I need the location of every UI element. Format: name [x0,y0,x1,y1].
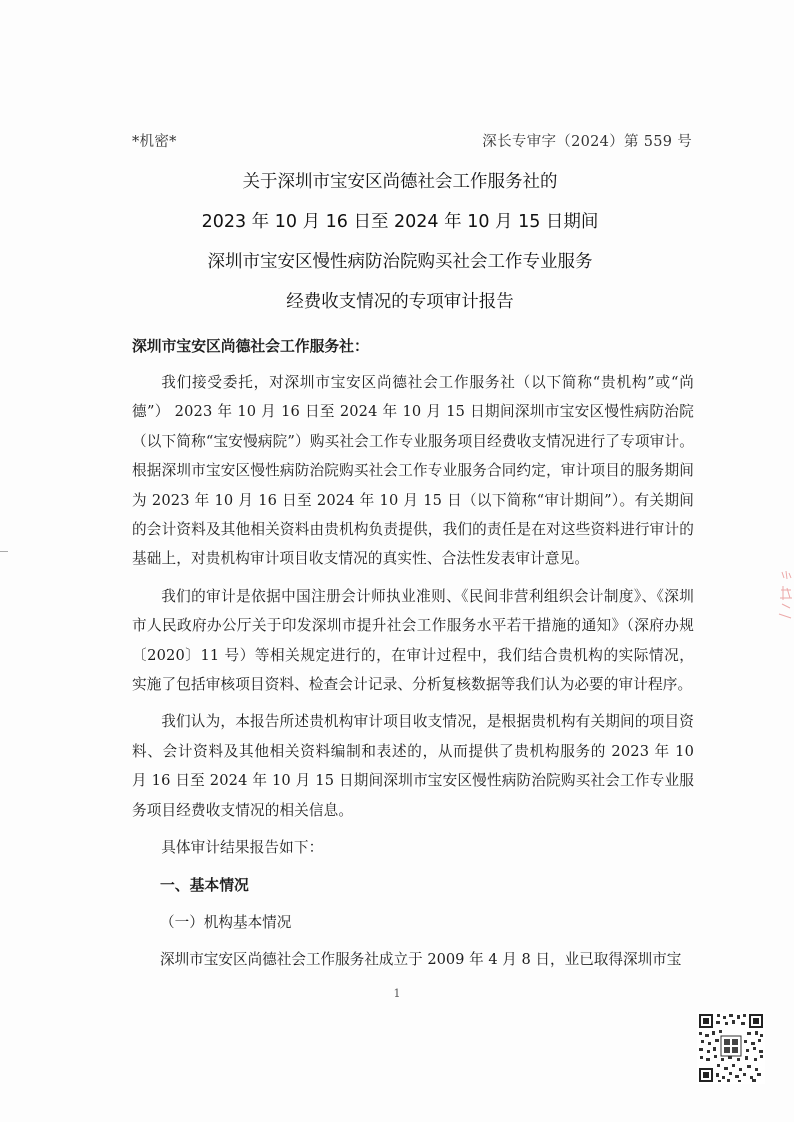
document-page: *机密* 深长专审字（2024）第 559 号 关于深圳市宝安区尚德社会工作服务… [0,0,794,1122]
paragraph-results-intro: 具体审计结果报告如下： [132,833,694,862]
title-line-2: 2023 年 10 月 16 日至 2024 年 10 月 15 日期间 [100,208,700,248]
paragraph-opinion: 我们认为，本报告所述贵机构审计项目收支情况，是根据贵机构有关期间的项目资料、会计… [132,707,694,825]
report-title: 关于深圳市宝安区尚德社会工作服务社的 2023 年 10 月 16 日至 202… [100,168,700,328]
subsection-heading-org-info: （一）机构基本情况 [132,908,694,937]
document-header: *机密* 深长专审字（2024）第 559 号 [132,130,692,154]
margin-mark [0,551,8,552]
paragraph-basis: 我们的审计是依据中国注册会计师执业准则、《民间非营利组织会计制度》、《深圳市人民… [132,582,694,700]
paragraph-engagement: 我们接受委托，对深圳市宝安区尚德社会工作服务社（以下简称“贵机构”或“尚德”） … [132,368,694,574]
section-heading-basic-info: 一、基本情况 [132,871,694,900]
seal-stamp-fragment [776,568,794,624]
seal-stamp-icon [776,568,794,624]
paragraph-org-description: 深圳市宝安区尚德社会工作服务社成立于 2009 年 4 月 8 日，业已取得深圳… [132,945,694,974]
title-line-3: 深圳市宝安区慢性病防治院购买社会工作专业服务 [100,248,700,288]
title-line-1: 关于深圳市宝安区尚德社会工作服务社的 [100,168,700,208]
report-body: 深圳市宝安区尚德社会工作服务社： 我们接受委托，对深圳市宝安区尚德社会工作服务社… [132,332,694,975]
title-line-4: 经费收支情况的专项审计报告 [100,288,700,328]
document-number: 深长专审字（2024）第 559 号 [482,130,692,151]
classification-label: *机密* [132,130,177,151]
addressee: 深圳市宝安区尚德社会工作服务社： [132,332,694,361]
page-number: 1 [0,987,794,1000]
qr-code-icon [697,1012,765,1084]
